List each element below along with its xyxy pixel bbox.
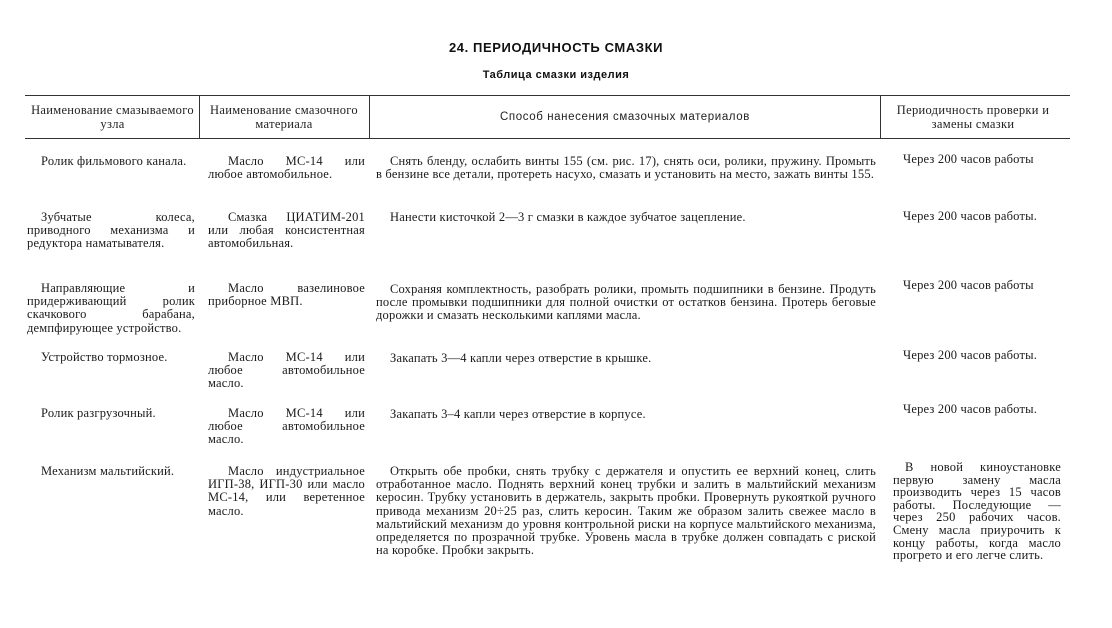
cell-material: Масло МС-14 или любое автомобильное масл…	[208, 351, 365, 391]
header-bottom-rule	[25, 138, 1070, 139]
cell-period: Через 200 часов работы	[903, 153, 1083, 166]
header-unit: Наименование смазываемого узла	[30, 97, 195, 137]
cell-unit: Механизм мальтийский.	[27, 465, 195, 478]
section-title: 24. ПЕРИОДИЧНОСТЬ СМАЗКИ	[0, 40, 1112, 55]
cell-method: Снять бленду, ослабить винты 155 (см. ри…	[376, 155, 876, 181]
table-top-rule	[25, 95, 1070, 96]
cell-material: Масло МС-14 или любое автомобильное масл…	[208, 407, 365, 447]
table-caption: Таблица смазки изделия	[0, 69, 1112, 81]
cell-method: Сохраняя комплектность, разобрать ролики…	[376, 283, 876, 323]
header-divider	[369, 96, 370, 138]
cell-period: Через 200 часов работы.	[903, 403, 1083, 416]
cell-material: Масло вазелиновое приборное МВП.	[208, 282, 365, 308]
cell-unit: Устройство тормозное.	[27, 351, 195, 364]
cell-material: Масло индустриальное ИГП-38, ИГП-30 или …	[208, 465, 365, 518]
cell-material: Смазка ЦИАТИМ-201 или любая консистентна…	[208, 211, 365, 251]
cell-period: В новой киноустановке первую замену масл…	[893, 461, 1061, 562]
cell-method: Открыть обе пробки, снять трубку с держа…	[376, 465, 876, 557]
cell-method: Нанести кисточкой 2—3 г смазки в каждое …	[376, 211, 876, 224]
header-material: Наименование смазочного материала	[202, 97, 366, 137]
header-divider	[880, 96, 881, 138]
cell-unit: Ролик фильмового канала.	[27, 155, 195, 168]
cell-unit: Зубчатые колеса, приводного механизма и …	[27, 211, 195, 251]
header-period: Периодичность проверки и замены смазки	[884, 97, 1062, 137]
cell-material: Масло МС-14 или любое автомобильное.	[208, 155, 365, 181]
cell-period: Через 200 часов работы	[903, 279, 1083, 292]
cell-period: Через 200 часов работы.	[903, 349, 1083, 362]
cell-method: Закапать 3—4 капли через отверстие в кры…	[376, 352, 876, 365]
header-divider	[199, 96, 200, 138]
cell-unit: Ролик разгрузочный.	[27, 407, 195, 420]
cell-method: Закапать 3–4 капли через отверстие в кор…	[376, 408, 876, 421]
cell-unit: Направляющие и придерживающий ролик скач…	[27, 282, 195, 335]
header-method: Способ нанесения смазочных материалов	[372, 97, 878, 137]
cell-period: Через 200 часов работы.	[903, 210, 1083, 223]
